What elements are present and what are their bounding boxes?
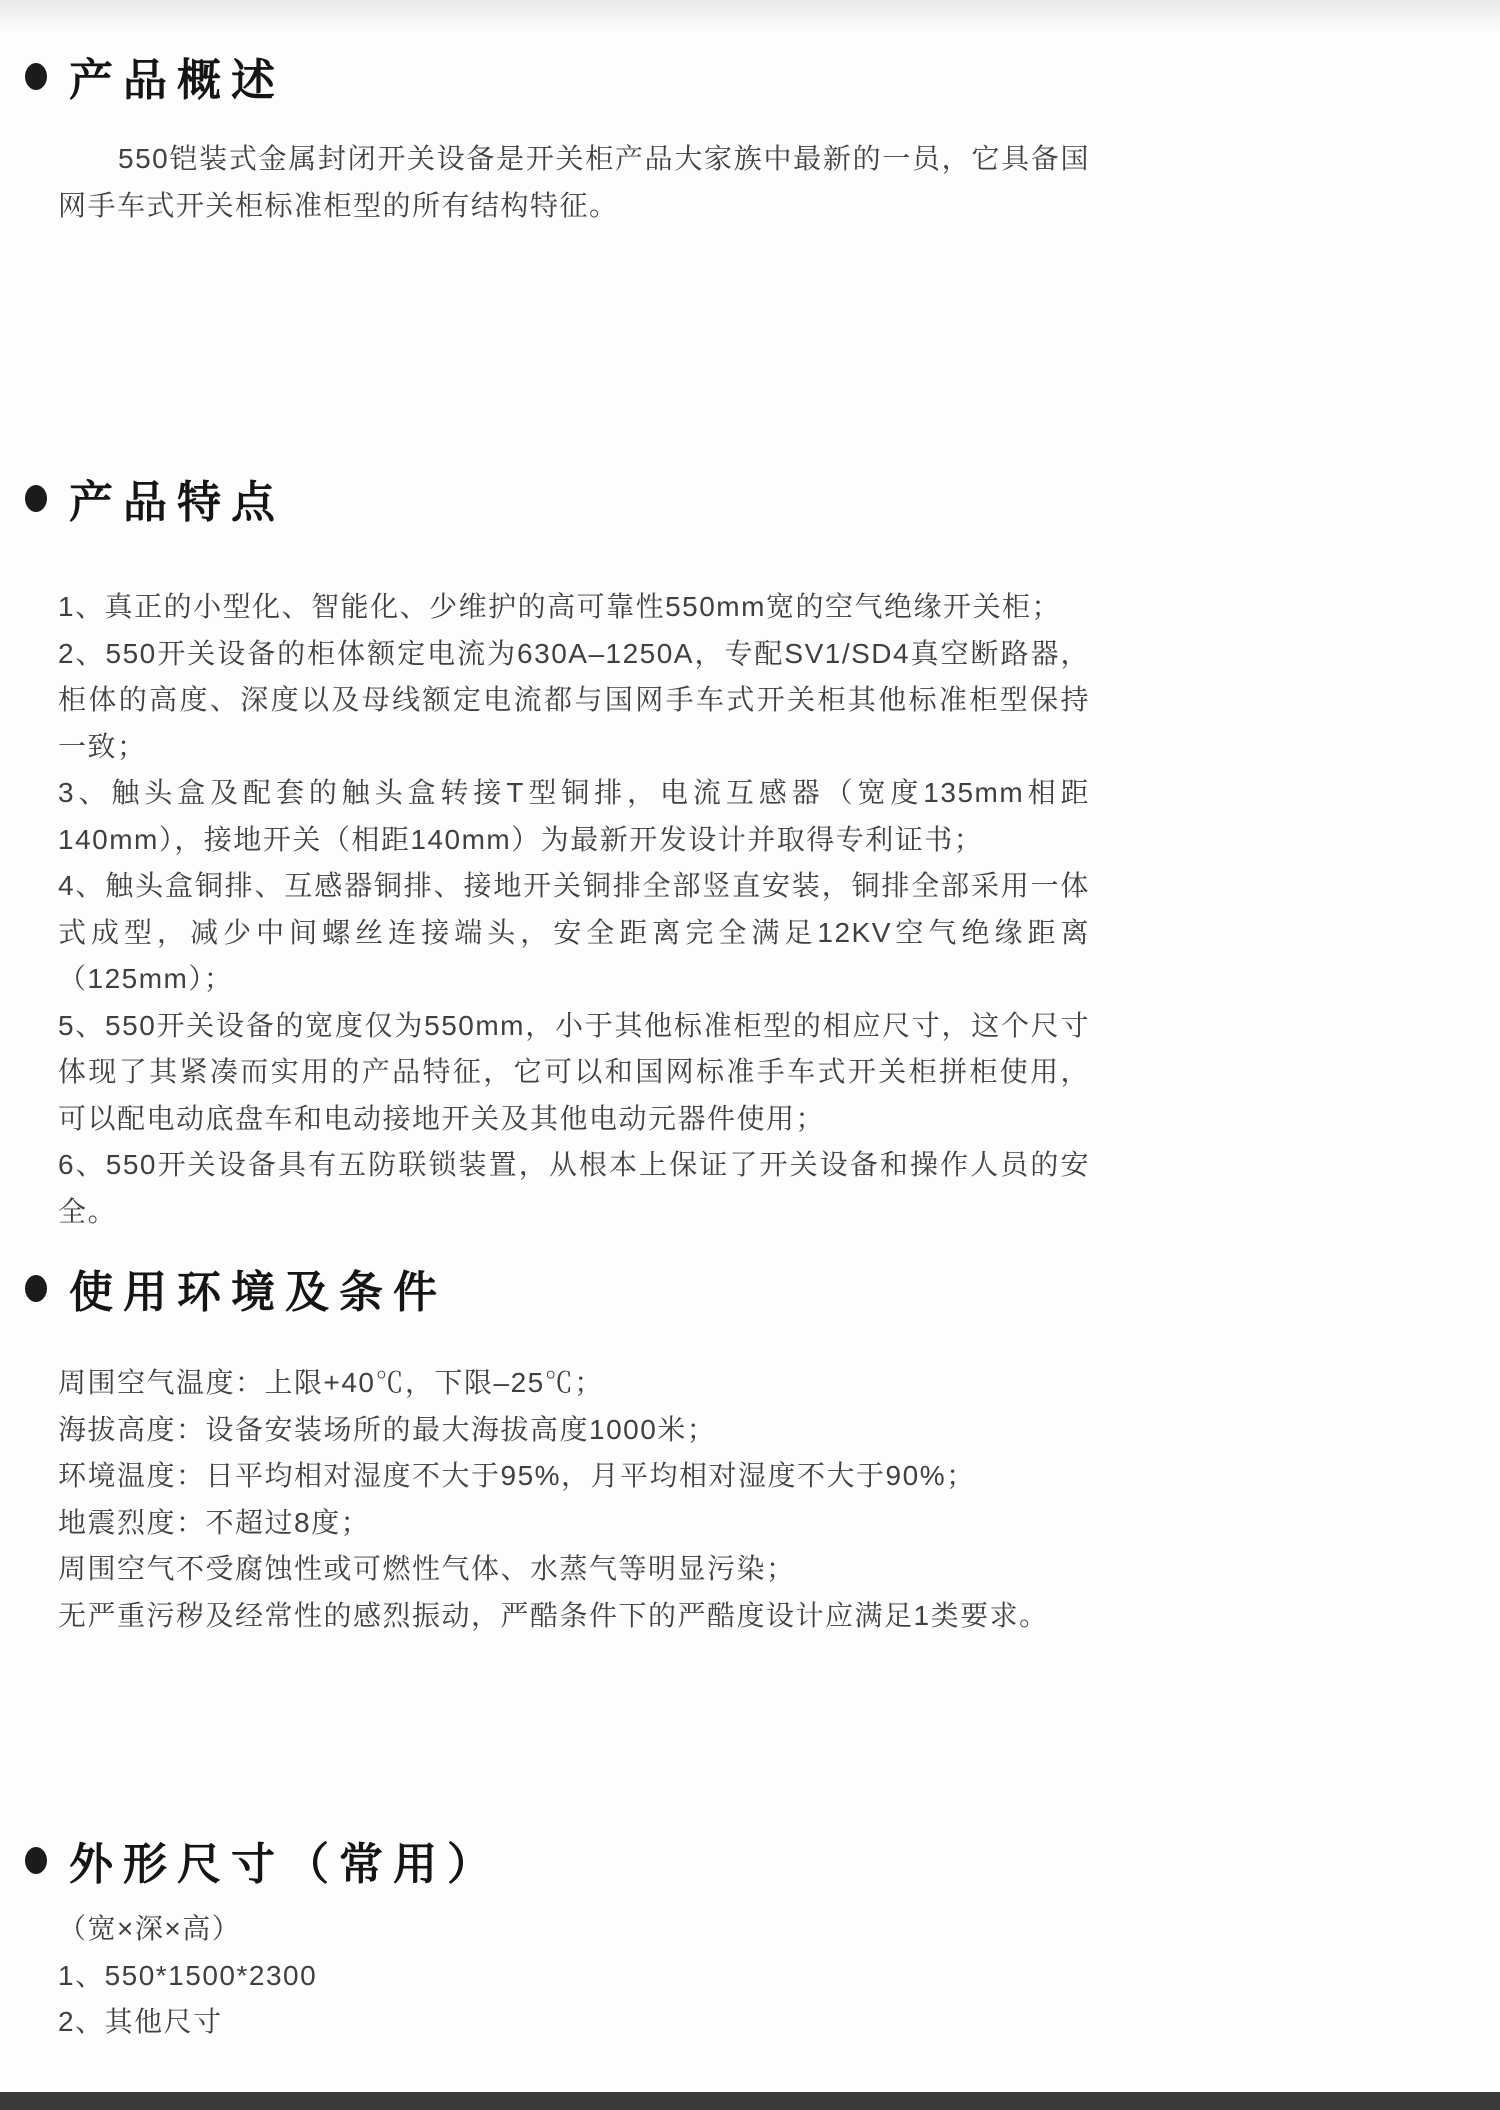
bullet-icon: [25, 485, 47, 512]
overview-paragraph: 550铠装式金属封闭开关设备是开关柜产品大家族中最新的一员，它具备国网手车式开关…: [58, 136, 1090, 229]
dimension-item: 1、550*1500*2300: [58, 1953, 1090, 2000]
bullet-icon: [25, 1847, 47, 1874]
feature-item: 1、真正的小型化、智能化、少维护的高可靠性550mm宽的空气绝缘开关柜；: [58, 584, 1090, 631]
environment-item: 海拔高度：设备安装场所的最大海拔高度1000米；: [58, 1407, 1090, 1454]
environment-item: 周围空气不受腐蚀性或可燃性气体、水蒸气等明显污染；: [58, 1546, 1090, 1593]
section-features-heading: 产品特点: [25, 466, 285, 530]
feature-item: 2、550开关设备的柜体额定电流为630A–1250A，专配SV1/SD4真空断…: [58, 631, 1090, 771]
section-dimensions-title: 外形尺寸（常用）: [69, 1828, 501, 1892]
section-overview-heading: 产品概述: [25, 44, 285, 108]
environment-item: 环境温度：日平均相对湿度不大于95%，月平均相对湿度不大于90%；: [58, 1453, 1090, 1500]
dimension-item: 2、其他尺寸: [58, 1999, 1090, 2046]
catalog-page: { "colors": { "background": "#fdfdfd", "…: [0, 0, 1500, 2110]
environment-item: 周围空气温度：上限+40℃，下限–25℃；: [58, 1360, 1090, 1407]
section-features-title: 产品特点: [69, 466, 285, 530]
bullet-icon: [25, 1275, 47, 1302]
environment-item: 地震烈度：不超过8度；: [58, 1500, 1090, 1547]
environment-list: 周围空气温度：上限+40℃，下限–25℃； 海拔高度：设备安装场所的最大海拔高度…: [58, 1360, 1090, 1639]
bullet-icon: [25, 63, 47, 90]
section-environment-title: 使用环境及条件: [69, 1256, 447, 1320]
top-scan-shade: [0, 0, 1500, 36]
section-dimensions-heading: 外形尺寸（常用）: [25, 1828, 501, 1892]
footer-bar: [0, 2092, 1500, 2110]
feature-item: 5、550开关设备的宽度仅为550mm，小于其他标准柜型的相应尺寸，这个尺寸体现…: [58, 1003, 1090, 1143]
features-list: 1、真正的小型化、智能化、少维护的高可靠性550mm宽的空气绝缘开关柜； 2、5…: [58, 584, 1090, 1235]
features-list-block: 1、真正的小型化、智能化、少维护的高可靠性550mm宽的空气绝缘开关柜； 2、5…: [58, 584, 1090, 1235]
dimensions-list-block: （宽×深×高） 1、550*1500*2300 2、其他尺寸: [58, 1906, 1090, 2046]
feature-item: 3、触头盒及配套的触头盒转接T型铜排，电流互感器（宽度135mm相距140mm）…: [58, 770, 1090, 863]
dimension-item: （宽×深×高）: [58, 1906, 1090, 1953]
feature-item: 6、550开关设备具有五防联锁装置，从根本上保证了开关设备和操作人员的安全。: [58, 1142, 1090, 1235]
section-environment-heading: 使用环境及条件: [25, 1256, 447, 1320]
section-overview-title: 产品概述: [69, 44, 285, 108]
dimensions-list: （宽×深×高） 1、550*1500*2300 2、其他尺寸: [58, 1906, 1090, 2046]
environment-item: 无严重污秽及经常性的感烈振动，严酷条件下的严酷度设计应满足1类要求。: [58, 1593, 1090, 1640]
environment-list-block: 周围空气温度：上限+40℃，下限–25℃； 海拔高度：设备安装场所的最大海拔高度…: [58, 1360, 1090, 1639]
feature-item: 4、触头盒铜排、互感器铜排、接地开关铜排全部竖直安装，铜排全部采用一体式成型，减…: [58, 863, 1090, 1003]
